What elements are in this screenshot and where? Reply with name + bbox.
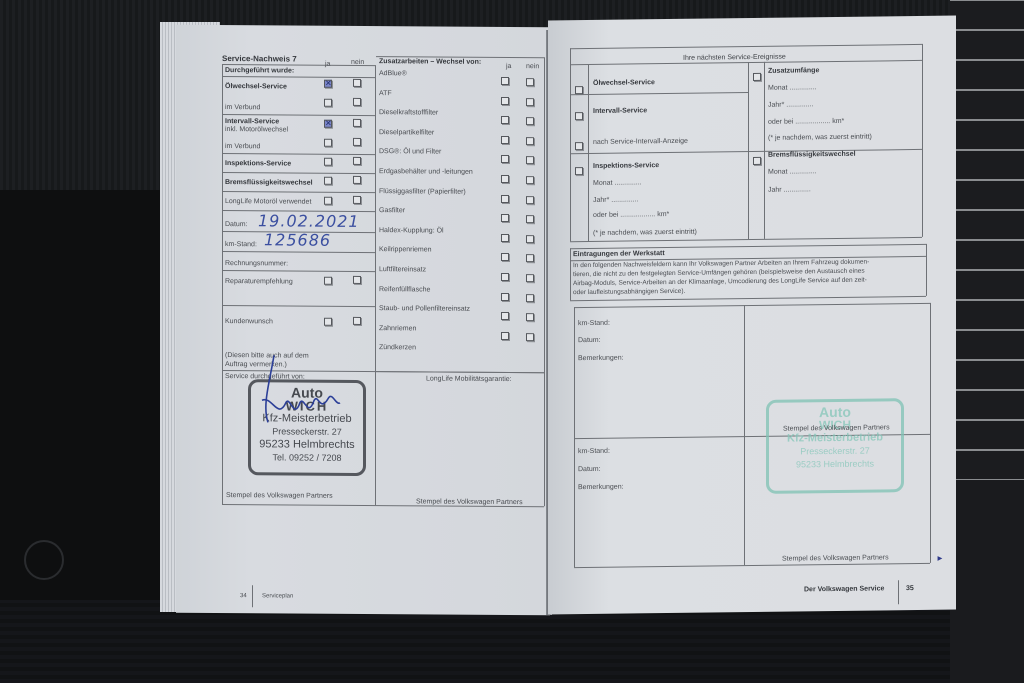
- row-sublabel-interval-service: inkl. Motorölwechsel: [225, 126, 288, 133]
- car-seat-fabric-right-lower: [950, 480, 1024, 683]
- performed-header: Durchgeführt wurde:: [225, 67, 294, 74]
- checkbox-longlife-yes[interactable]: [324, 197, 332, 205]
- mileage-label: km-Stand:: [225, 241, 257, 248]
- checkbox-additional-yes[interactable]: [501, 77, 509, 85]
- next-inspection-year[interactable]: Jahr* ..............: [593, 196, 639, 204]
- left-page: Service-Nachweis 7 Durchgeführt wurde: j…: [176, 25, 550, 616]
- page-number-right: 35: [906, 585, 914, 592]
- footer-section-right: Der Volkswagen Service: [804, 585, 884, 593]
- additional-work-label: Flüssiggasfilter (Papierfilter): [379, 188, 466, 196]
- checkbox-oil-bundle-no[interactable]: [353, 98, 361, 106]
- row-label-interval-service: Intervall-Service: [225, 118, 279, 125]
- checkbox-additional-no[interactable]: [526, 333, 534, 341]
- no-column-header: nein: [351, 59, 364, 66]
- checkbox-next-inspection[interactable]: [575, 167, 583, 175]
- additional-work-label: Gasfilter: [379, 207, 405, 214]
- date-label: Datum:: [225, 221, 248, 228]
- next-interval-indicator-label: nach Service-Intervall-Anzeige: [593, 138, 688, 146]
- additional-work-label: Staub- und Pollenfiltereinsatz: [379, 305, 470, 313]
- checkbox-additional-no[interactable]: [526, 235, 534, 243]
- stamp-line-5: 95233 Helmbrechts: [251, 438, 363, 452]
- mileage-value-handwritten[interactable]: 125686: [264, 230, 331, 249]
- next-additional-month[interactable]: Monat ..............: [768, 84, 817, 92]
- next-additional-year[interactable]: Jahr* ..............: [768, 101, 814, 109]
- entry-1-date-label: Datum:: [578, 337, 601, 344]
- checkbox-customer-yes[interactable]: [324, 318, 332, 326]
- entry-2-remarks-label: Bemerkungen:: [578, 484, 624, 492]
- checkbox-oil-change-yes[interactable]: [324, 80, 332, 88]
- invoice-number-label: Rechnungsnummer:: [225, 260, 288, 267]
- checkbox-additional-no[interactable]: [526, 137, 534, 145]
- next-inspection-km[interactable]: oder bei .................. km*: [593, 211, 669, 219]
- stamp-label-mobility: Stempel des Volkswagen Partners: [416, 498, 523, 506]
- additional-work-label: AdBlue®: [379, 70, 407, 77]
- additional-work-label: Keilrippenriemen: [379, 247, 432, 254]
- checkbox-inspection-no[interactable]: [353, 157, 361, 165]
- entry-1-km-label: km-Stand:: [578, 320, 610, 327]
- repair-recommendation-label: Reparaturempfehlung: [225, 278, 293, 285]
- checkbox-additional-yes[interactable]: [501, 312, 509, 320]
- row-label-oil-change: Ölwechsel-Service: [225, 83, 287, 90]
- checkbox-inspection-yes[interactable]: [324, 158, 332, 166]
- yes-column-header: ja: [325, 61, 330, 68]
- checkbox-repair-yes[interactable]: [324, 277, 332, 285]
- service-record-title: Service-Nachweis 7: [222, 54, 297, 64]
- checkbox-additional-no[interactable]: [526, 294, 534, 302]
- entry-2-stamp-label: Stempel des Volkswagen Partners: [782, 554, 889, 562]
- checkbox-additional-yes[interactable]: [501, 116, 509, 124]
- next-additional-note: (* je nachdem, was zuerst eintritt): [768, 134, 872, 142]
- additional-work-label: Dieselkraftstofffilter: [379, 109, 438, 116]
- right-page: Ihre nächsten Service-Ereignisse Ölwechs…: [548, 16, 956, 615]
- seat-logo-icon: [24, 540, 64, 580]
- checkbox-additional-no[interactable]: [526, 176, 534, 184]
- checkbox-additional-yes[interactable]: [501, 97, 509, 105]
- stamp-label-left: Stempel des Volkswagen Partners: [226, 492, 333, 500]
- checkbox-additional-no[interactable]: [526, 215, 534, 223]
- checkbox-next-interval-indicator[interactable]: [575, 142, 583, 150]
- checkbox-additional-yes[interactable]: [501, 293, 509, 301]
- checkbox-longlife-no[interactable]: [353, 196, 361, 204]
- additional-work-label: Reifenfüllflasche: [379, 286, 430, 293]
- additional-work-label: Zahnriemen: [379, 325, 416, 332]
- checkbox-additional-yes[interactable]: [501, 214, 509, 222]
- next-interval-label: Intervall-Service: [593, 107, 647, 115]
- checkbox-additional-no[interactable]: [526, 78, 534, 86]
- checkbox-next-interval[interactable]: [575, 112, 583, 120]
- checkbox-customer-no[interactable]: [353, 317, 361, 325]
- next-additional-label: Zusatzumfänge: [768, 67, 819, 75]
- checkbox-additional-yes[interactable]: [501, 253, 509, 261]
- checkbox-additional-yes[interactable]: [501, 234, 509, 242]
- next-additional-km[interactable]: oder bei .................. km*: [768, 118, 844, 126]
- checkbox-repair-no[interactable]: [353, 276, 361, 284]
- additional-work-label: Erdgasbehälter und -leitungen: [379, 168, 473, 176]
- checkbox-additional-yes[interactable]: [501, 195, 509, 203]
- handwritten-signature: [252, 350, 342, 431]
- stamp-line-6: Tel. 09252 / 7208: [251, 451, 363, 465]
- customer-request-label: Kundenwunsch: [225, 318, 273, 325]
- checkbox-additional-yes[interactable]: [501, 175, 509, 183]
- checkbox-interval-bundle-no[interactable]: [353, 138, 361, 146]
- additional-work-label: ATF: [379, 90, 392, 97]
- additional-work-label: DSG®: Öl und Filter: [379, 149, 441, 156]
- entry-2-km-label: km-Stand:: [578, 448, 610, 455]
- entry-1-remarks-label: Bemerkungen:: [578, 355, 624, 363]
- checkbox-next-oil-change[interactable]: [575, 86, 583, 94]
- checkbox-additional-no[interactable]: [526, 255, 534, 263]
- workshop-entries-title: Eintragungen der Werkstatt: [573, 250, 665, 258]
- next-inspection-label: Inspektions-Service: [593, 162, 659, 170]
- checkbox-additional-yes[interactable]: [501, 136, 509, 144]
- additional-work-label: Zündkerzen: [379, 345, 416, 352]
- next-brake-fluid-month[interactable]: Monat ..............: [768, 168, 817, 176]
- faint-stamp-line-3: Kfz-Meisterbetrieb: [769, 431, 901, 446]
- additional-work-label: Haldex-Kupplung: Öl: [379, 227, 444, 234]
- additional-yes-header: ja: [506, 63, 511, 70]
- checkbox-additional-yes[interactable]: [501, 155, 509, 163]
- row-label-brake-fluid: Bremsflüssigkeitswechsel: [225, 179, 313, 187]
- checkbox-next-additional[interactable]: [753, 73, 761, 81]
- checkbox-interval-no[interactable]: [353, 119, 361, 127]
- additional-work-label: Luftfiltereinsatz: [379, 266, 426, 273]
- mobility-guarantee-label: LongLife Mobilitätsgarantie:: [426, 375, 512, 383]
- checkbox-oil-bundle-yes[interactable]: [324, 99, 332, 107]
- footer-section-left: Serviceplan: [262, 593, 293, 599]
- workshop-text-line-3: Airbag-Moduls, Service-Arbeiten an der K…: [573, 277, 867, 288]
- workshop-text-line-4: oder laufleistungsabhängigen Service).: [573, 288, 685, 296]
- checkbox-interval-yes[interactable]: [324, 120, 332, 128]
- checkbox-additional-no[interactable]: [526, 98, 534, 106]
- next-brake-fluid-year[interactable]: Jahr ..............: [768, 186, 811, 194]
- next-inspection-note: (* je nachdem, was zuerst eintritt): [593, 229, 697, 237]
- next-oil-change-label: Ölwechsel-Service: [593, 79, 655, 87]
- checkbox-additional-yes[interactable]: [501, 273, 509, 281]
- row-label-oil-bundle: im Verbund: [225, 104, 260, 111]
- checkbox-brake-fluid-no[interactable]: [353, 176, 361, 184]
- additional-no-header: nein: [526, 63, 539, 70]
- next-inspection-month[interactable]: Monat ..............: [593, 179, 642, 187]
- checkbox-additional-no[interactable]: [526, 196, 534, 204]
- next-brake-fluid-label: Bremsflüssigkeitswechsel: [768, 151, 856, 159]
- checkbox-brake-fluid-yes[interactable]: [324, 177, 332, 185]
- entry-1-stamp-label: Stempel des Volkswagen Partners: [783, 424, 890, 432]
- faint-dealer-stamp: Auto WICH Kfz-Meisterbetrieb Presseckers…: [766, 398, 904, 494]
- checkbox-next-brake-fluid[interactable]: [753, 157, 761, 165]
- row-label-inspection: Inspektions-Service: [225, 160, 291, 167]
- page-number-left: 34: [240, 593, 247, 599]
- additional-work-header: Zusatzarbeiten – Wechsel von:: [379, 58, 481, 66]
- checkbox-additional-yes[interactable]: [501, 332, 509, 340]
- checkbox-interval-bundle-yes[interactable]: [324, 139, 332, 147]
- checkbox-additional-no[interactable]: [526, 157, 534, 165]
- checkbox-additional-no[interactable]: [526, 274, 534, 282]
- additional-work-label: Dieselpartikelfilter: [379, 129, 434, 136]
- row-label-longlife-oil: LongLife Motoröl verwendet: [225, 198, 311, 206]
- row-label-interval-bundle: im Verbund: [225, 143, 260, 150]
- checkbox-additional-no[interactable]: [526, 313, 534, 321]
- checkbox-oil-change-no[interactable]: [353, 79, 361, 87]
- date-value-handwritten[interactable]: 19.02.2021: [258, 211, 360, 231]
- next-events-title: Ihre nächsten Service-Ereignisse: [683, 54, 786, 62]
- faint-stamp-line-5: 95233 Helmbrechts: [769, 457, 901, 472]
- next-page-arrow-icon[interactable]: ►: [936, 554, 944, 563]
- entry-2-date-label: Datum:: [578, 466, 601, 473]
- checkbox-additional-no[interactable]: [526, 117, 534, 125]
